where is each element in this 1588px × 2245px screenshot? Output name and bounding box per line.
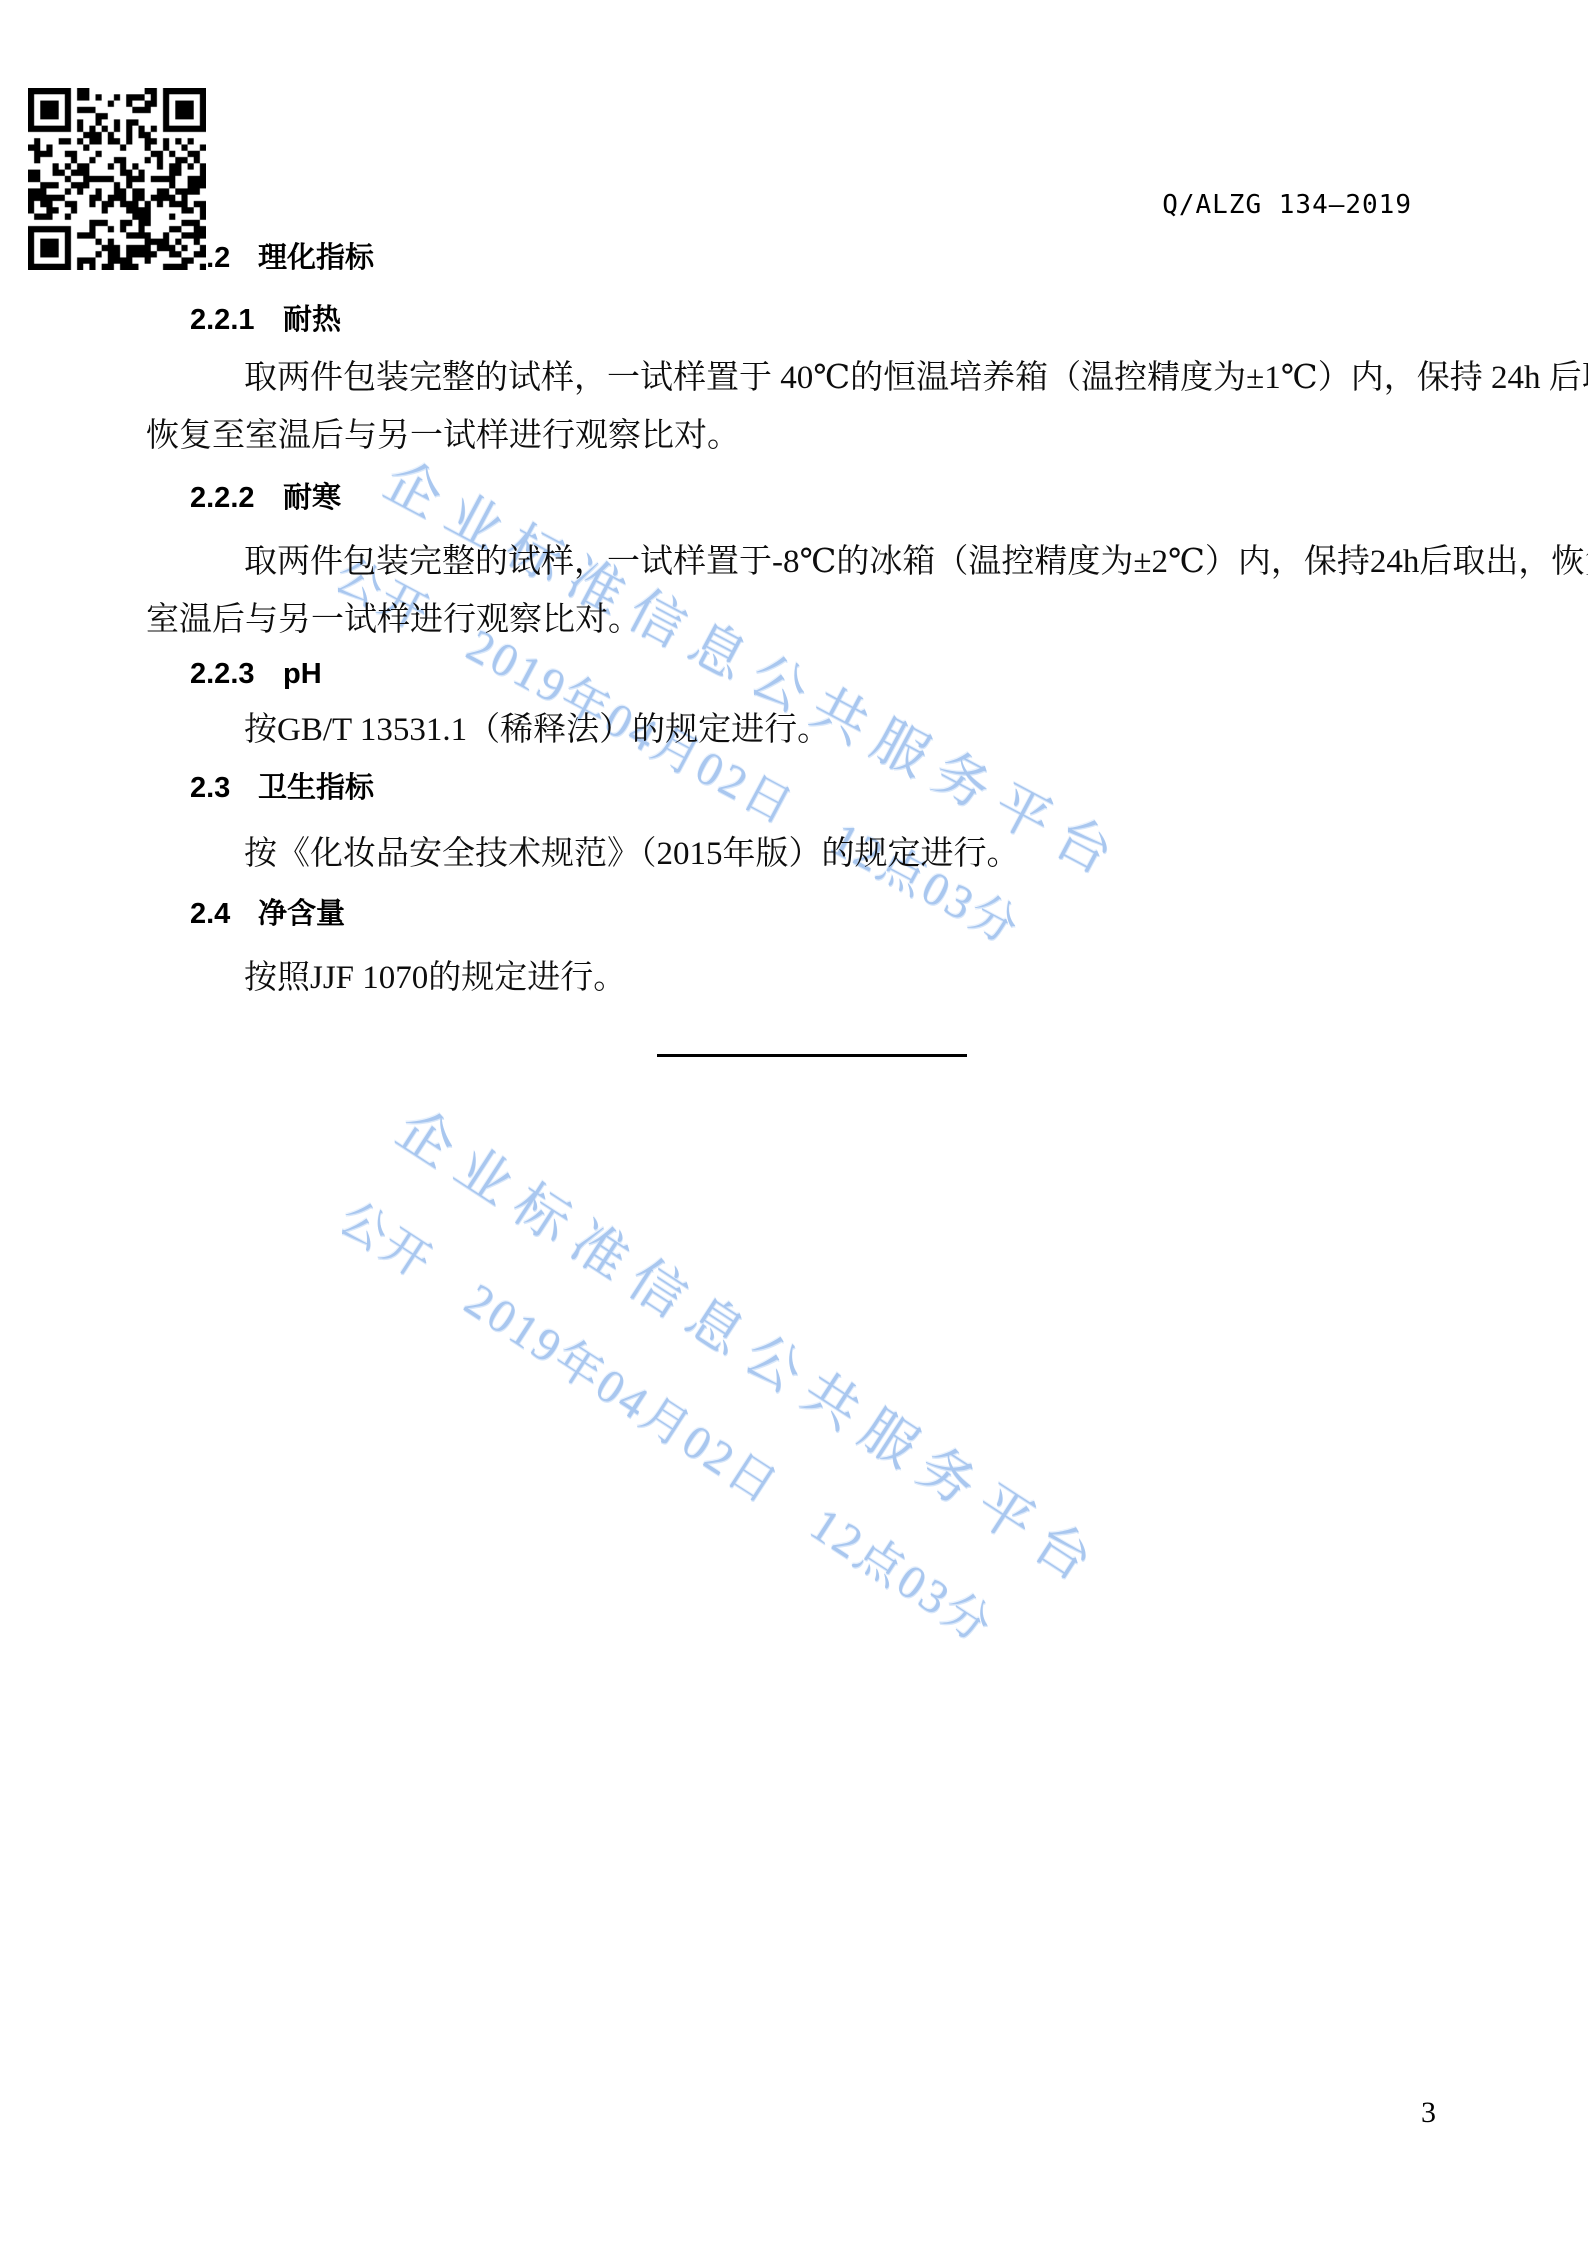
section-title: 净含量 [258, 898, 345, 930]
end-of-text-divider [657, 1054, 967, 1057]
paragraph-heat-line2: 恢复至室温后与另一试样进行观察比对。 [146, 420, 740, 453]
section-number: 2.4 [190, 900, 258, 929]
section-heading-2-2-3: 2.2.3pH [190, 660, 322, 689]
section-number: 2.2.2 [190, 484, 283, 513]
section-title: 卫生指标 [258, 772, 374, 804]
section-heading-2-4: 2.4净含量 [190, 900, 345, 929]
section-number: 2.2.1 [190, 306, 283, 335]
paragraph-heat-line1: 取两件包装完整的试样，一试样置于 40℃的恒温培养箱（温控精度为±1℃）内，保持… [244, 362, 1588, 395]
section-heading-2-2-2: 2.2.2耐寒 [190, 484, 341, 513]
paragraph-ph: 按GB/T 13531.1（稀释法）的规定进行。 [244, 714, 830, 747]
section-heading-2-2-1: 2.2.1耐热 [190, 306, 341, 335]
standard-code-header: Q/ALZG 134—2019 [1162, 190, 1412, 220]
section-number: 2.2.3 [190, 660, 283, 689]
paragraph-net-content: 按照JJF 1070的规定进行。 [244, 962, 626, 995]
page-number: 3 [1421, 2096, 1436, 2130]
section-title: 理化指标 [258, 242, 374, 274]
section-title: pH [283, 658, 322, 690]
paragraph-hygiene: 按《化妆品安全技术规范》（2015年版）的规定进行。 [244, 838, 1020, 871]
document-page: Q/ALZG 134—2019 企业标准信息公共服务平台 公开 2019年04月… [0, 0, 1588, 2245]
watermark-lower: 企业标准信息公共服务平台 公开 2019年04月02日 12点03分 [331, 1100, 1113, 1685]
watermark-lower-line1: 企业标准信息公共服务平台 [388, 1100, 1112, 1597]
paragraph-cold-line2: 室温后与另一试样进行观察比对。 [146, 604, 641, 637]
section-title: 耐寒 [283, 482, 341, 514]
section-number: 2.3 [190, 774, 258, 803]
section-title: 耐热 [283, 304, 341, 336]
section-heading-2-2: 2.2理化指标 [190, 244, 374, 273]
section-heading-2-3: 2.3卫生指标 [190, 774, 374, 803]
qr-code-icon [28, 88, 206, 270]
paragraph-cold-line1: 取两件包装完整的试样，一试样置于-8℃的冰箱（温控精度为±2℃）内，保持24h后… [244, 546, 1588, 579]
